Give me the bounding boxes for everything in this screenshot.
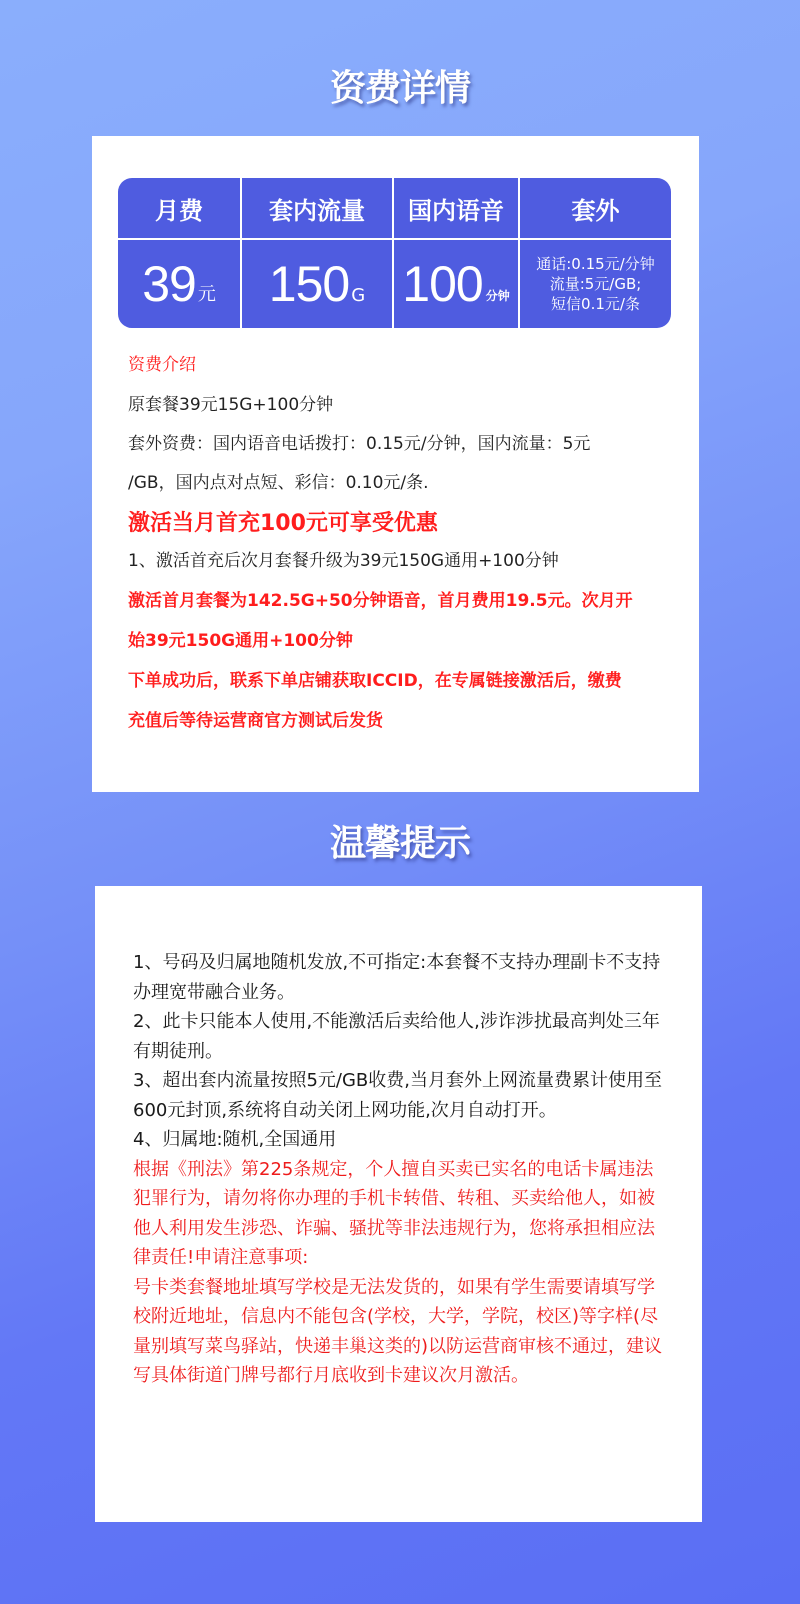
note-item-2: 2、此卡只能本人使用,不能激活后卖给他人,涉诈涉扰最高判处三年有期徒刑。 [133,1007,663,1066]
monthly-fee-cell: 39 元 [118,240,242,328]
tips-card: 1、号码及归属地随机发放,不可指定:本套餐不支持办理副卡不支持办理宽带融合业务。… [95,886,702,1522]
legal-warning: 根据《刑法》第225条规定，个人擅自买卖已实名的电话卡属违法犯罪行为，请勿将你办… [133,1155,663,1273]
voice-value: 100 [402,259,482,309]
header-monthly-fee: 月费 [118,178,242,240]
voice-unit: 分钟 [486,287,510,304]
note-item-1: 1、号码及归属地随机发放,不可指定:本套餐不支持办理副卡不支持办理宽带融合业务。 [133,948,663,1007]
header-voice: 国内语音 [394,178,520,240]
original-plan: 原套餐39元15G+100分钟 [128,390,333,415]
monthly-fee-value: 39 [142,259,196,309]
section-title-tips: 温馨提示 [0,815,800,866]
header-extra: 套外 [520,178,671,240]
extra-sms-rate: 短信0.1元/条 [551,294,640,314]
extra-fee-line-2: /GB，国内点对点短、彩信：0.10元/条. [128,468,429,493]
data-cell: 150 G [242,240,394,328]
fee-details-card: 月费 套内流量 国内语音 套外 39 元 150 G 100 分钟 通话:0.1… [92,136,699,792]
extra-fee-line-1: 套外资费：国内语音电话拨打：0.15元/分钟，国内流量：5元 [128,429,590,454]
section-title-fee-details: 资费详情 [0,60,800,111]
extra-call-rate: 通话:0.15元/分钟 [536,254,655,274]
note-item-4: 4、归属地:随机,全国通用 [133,1125,663,1155]
order-note-line-1: 下单成功后，联系下单店铺获取ICCID，在专属链接激活后，缴费 [128,666,622,691]
data-unit: G [351,285,365,306]
extra-cell: 通话:0.15元/分钟 流量:5元/GB; 短信0.1元/条 [520,240,671,328]
tips-notes: 1、号码及归属地随机发放,不可指定:本套餐不支持办理副卡不支持办理宽带融合业务。… [133,948,663,1391]
monthly-fee-unit: 元 [198,280,216,306]
promo-first-month-line-2: 始39元150G通用+100分钟 [128,626,353,651]
promo-first-month-line-1: 激活首月套餐为142.5G+50分钟语音，首月费用19.5元。次月开 [128,586,633,611]
extra-data-rate: 流量:5元/GB; [550,274,642,294]
voice-cell: 100 分钟 [394,240,520,328]
promo-item-1: 1、激活首充后次月套餐升级为39元150G通用+100分钟 [128,546,559,571]
intro-label: 资费介绍 [128,350,196,375]
address-notice: 号卡类套餐地址填写学校是无法发货的，如果有学生需要请填写学校附近地址，信息内不能… [133,1273,663,1391]
order-note-line-2: 充值后等待运营商官方测试后发货 [128,706,383,731]
price-table: 月费 套内流量 国内语音 套外 39 元 150 G 100 分钟 通话:0.1… [118,178,671,328]
data-value: 150 [269,259,349,309]
promo-heading: 激活当月首充100元可享受优惠 [128,506,438,537]
note-item-3: 3、超出套内流量按照5元/GB收费,当月套外上网流量费累计使用至600元封顶,系… [133,1066,663,1125]
header-data: 套内流量 [242,178,394,240]
